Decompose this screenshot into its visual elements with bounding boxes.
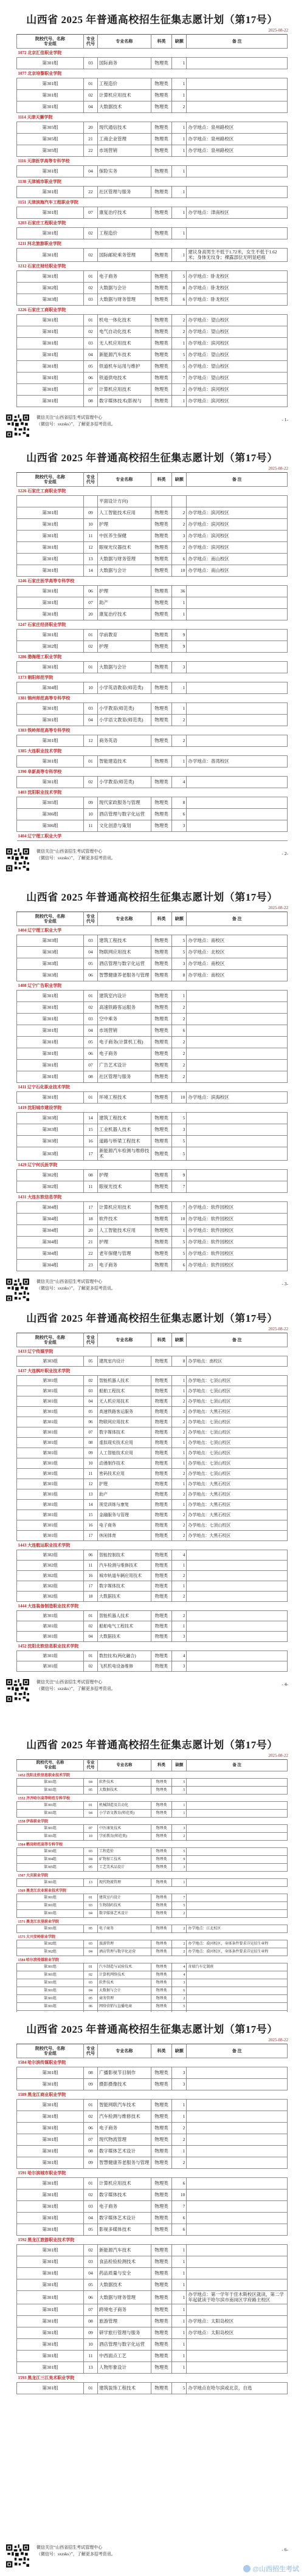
major-name-cell: 康复治疗技术 xyxy=(98,609,151,620)
note-cell xyxy=(187,641,288,653)
major-code-cell: 01 xyxy=(83,314,97,326)
quota-cell: 2 xyxy=(172,1925,187,1933)
group-cell: 第301组 xyxy=(17,703,84,715)
quota-cell: 1 xyxy=(172,58,187,69)
quota-cell: 2 xyxy=(172,1048,187,1060)
group-cell: 第304组 xyxy=(17,1213,84,1224)
note-cell xyxy=(187,2079,288,2090)
major-row: 第302组11汽车检测与维修技术物理类1 xyxy=(17,1561,288,1571)
page-3: 山西省 2025 年普通高校招生征集志愿计划（第17号） 2025-08-22 … xyxy=(0,880,304,1301)
school-row: 1381 锦州师范高等专科学校 xyxy=(17,694,288,703)
major-name-cell: 护理 xyxy=(98,641,151,653)
quota-cell: 2 xyxy=(172,1071,187,1083)
major-code-cell: 04 xyxy=(83,1779,97,1787)
major-code-cell: 02 xyxy=(83,326,97,337)
group-cell: 第301组 xyxy=(17,326,84,337)
category-cell: 物理类 xyxy=(151,542,172,554)
page-footer: 微信关注“山西省招生考试管理中心 （微信号：sxzsks）”，了解更多招考资讯。… xyxy=(6,848,288,871)
major-code-cell: 02 xyxy=(83,1661,97,1672)
note-cell: 办学地点：大黑石校区 xyxy=(187,1479,288,1489)
group-cell: 第301组 xyxy=(17,1438,84,1448)
major-name-cell: 智能网联汽车技术 xyxy=(98,2100,151,2111)
major-name-cell: 电子商务 xyxy=(98,1048,151,1060)
category-cell: 物理类 xyxy=(151,1520,172,1531)
major-row: 第302组02护理物理类9 xyxy=(17,641,288,653)
group-cell: 第301组 xyxy=(17,270,84,282)
major-name-cell: 酒店管理与数字化运营 xyxy=(98,809,151,820)
note-cell xyxy=(187,2213,288,2224)
category-cell: 物理类 xyxy=(151,1550,172,1561)
quota-cell: 1 xyxy=(172,228,187,239)
category-cell: 物理类 xyxy=(151,1661,172,1672)
major-code-cell: 18 xyxy=(83,1592,97,1602)
group-cell: 第301组 xyxy=(17,2003,84,2011)
major-name-cell: 平面设计方向) xyxy=(98,496,151,507)
page-number: - 1- xyxy=(282,414,288,422)
group-cell: 第301组 xyxy=(17,1787,84,1795)
major-name-cell: 商务管理 xyxy=(98,1995,151,2003)
major-code-cell: 06 xyxy=(83,372,97,383)
major-name-cell: 数控技术(两化融合) xyxy=(98,1651,151,1661)
major-code-cell: 02 xyxy=(83,2111,97,2123)
page-footer: 微信关注“山西省招生考试管理中心 （微信号：sxzsks）”，了解更多招考资讯。… xyxy=(6,1279,288,1301)
major-row: 第306组10酒店管理与数字化运营物理类6 xyxy=(17,809,288,820)
note-cell xyxy=(187,609,288,620)
category-cell: 物理类 xyxy=(151,2111,172,2123)
category-cell: 物理类 xyxy=(151,2178,172,2190)
note-cell xyxy=(187,1113,288,1124)
note-cell xyxy=(187,2338,288,2350)
group-cell: 第301组 xyxy=(17,1469,84,1479)
group-cell: 第301组 xyxy=(17,2100,84,2111)
school-row: 1592 黑龙江旅游职业技术学院 xyxy=(17,2236,288,2245)
category-cell: 物理类 xyxy=(151,715,172,726)
major-code-cell: 04 xyxy=(83,2268,97,2279)
major-row: 第301组04小学语文教育(师范类)物理类2 xyxy=(17,715,288,726)
major-row: 第301组02船舶电气工程技术物理类1 xyxy=(17,1621,288,1632)
major-row: 第301组02计算机网络技术物理类4 xyxy=(17,1971,288,1979)
category-cell: 物理类 xyxy=(151,294,172,305)
major-name-cell: 小学语文教育(师范类) xyxy=(98,715,151,726)
group-cell: 第301组 xyxy=(17,1833,84,1841)
header-quota: 缺额 xyxy=(172,473,187,487)
major-row: 第301组13现代物流管理物理类1 xyxy=(17,1879,288,1887)
major-name-cell: 商务英语 xyxy=(98,735,151,747)
category-cell: 物理类 xyxy=(151,101,172,113)
group-cell: 第301组 xyxy=(17,715,84,726)
major-name-cell: 研学旅行管理与服务 xyxy=(98,2327,151,2338)
group-cell: 第301组 xyxy=(17,58,84,69)
major-row: 第301组05大数据技术物理类5 xyxy=(17,1787,288,1795)
quota-cell: 1 xyxy=(172,134,187,145)
major-row: 第301组02汽车检测与维修技术物理类1 xyxy=(17,2111,288,2123)
major-name-cell: 无人机应用技术 xyxy=(98,1396,151,1407)
group-cell: 第301组 xyxy=(17,1651,84,1661)
major-code-cell: 11 xyxy=(83,1469,97,1479)
major-name-cell: 密码技术应用 xyxy=(98,1469,151,1479)
major-code-cell: 14 xyxy=(83,565,97,577)
major-name-cell: 大数据技术 xyxy=(98,101,151,113)
major-code-cell: 04 xyxy=(83,1987,97,1995)
group-cell: 第301组 xyxy=(17,2315,84,2327)
quota-cell: 1 xyxy=(172,991,187,1002)
group-cell: 第301组 xyxy=(17,314,84,326)
quota-cell: 5 xyxy=(172,1147,187,1161)
major-row: 第302组18大数据技术物理类2 xyxy=(17,1592,288,1602)
group-cell: 第303组 xyxy=(17,294,84,305)
major-row: 第301组01计算机应用技术物理类6 xyxy=(17,2178,288,2190)
quota-cell: 2 xyxy=(172,1571,187,1581)
major-name-cell: 动漫制作技术 xyxy=(98,1458,151,1469)
note-cell: 办学地点：南山校区 xyxy=(187,565,288,577)
major-name-cell: 眼视光仪器技术 xyxy=(98,542,151,554)
school-row: 1211 河北旅游职业学院 xyxy=(17,239,288,249)
group-cell: 第301组 xyxy=(17,1417,84,1427)
note-cell: 办学地点：七顶山校区 xyxy=(187,1386,288,1396)
group-cell: 第301组 xyxy=(17,1002,84,1014)
quota-cell: 3 xyxy=(172,662,187,673)
category-cell xyxy=(151,496,172,507)
major-code-cell: 03 xyxy=(83,2201,97,2213)
major-name-cell: 电子商务(计算机工程) xyxy=(98,1037,151,1048)
note-cell: 办学地点：太阳岛校区 xyxy=(187,2327,288,2338)
watermark-text: @山西招生考试 xyxy=(252,2564,299,2574)
category-cell: 物理类 xyxy=(151,1136,172,1147)
note-cell xyxy=(187,597,288,609)
major-name-cell: 食品检验检测技术 xyxy=(98,2256,151,2268)
quota-cell: 2 xyxy=(172,1910,187,1918)
group-cell: 第301组 xyxy=(17,1448,84,1458)
header-quota: 缺额 xyxy=(172,1333,187,1347)
note-cell: 办学地点：七顶山校区 xyxy=(187,1520,288,1531)
category-cell: 物理类 xyxy=(151,1438,172,1448)
major-name-cell: 现代通信技术 xyxy=(98,122,151,134)
category-cell: 物理类 xyxy=(151,565,172,577)
page-1: 山西省 2025 年普通高校招生征集志愿计划（第17号） 2025-08-22 … xyxy=(0,0,304,441)
category-cell: 物理类 xyxy=(151,2003,172,2011)
plan-table: 院校代号、名称专业组 专业代号 专业名称 科类 缺额 备 注 1433 辽宁传媒… xyxy=(16,1333,288,1672)
group-cell: 第302组 xyxy=(17,1948,84,1956)
group-cell: 第304组 xyxy=(17,1236,84,1248)
note-cell: 办学地点：普湾校区 xyxy=(187,756,288,768)
major-row: 第301组01智能网联汽车技术物理类1 xyxy=(17,2100,288,2111)
page-number: - 4- xyxy=(282,1679,288,1687)
page-title: 山西省 2025 年普通高校招生征集志愿计划（第17号） xyxy=(6,449,298,464)
note-cell xyxy=(187,1802,288,1810)
major-name-cell: 数字媒体技术 xyxy=(98,2190,151,2201)
note-cell xyxy=(187,1910,288,1918)
group-cell: 第301组 xyxy=(17,2256,84,2268)
major-name-cell: 铁道机车运用与维护 xyxy=(98,360,151,372)
quota-cell: 4 xyxy=(172,777,187,788)
group-cell: 第301组 xyxy=(17,2157,84,2169)
major-name-cell: 文化创意与策划 xyxy=(98,820,151,832)
quota-cell: 1 xyxy=(172,1581,187,1592)
major-name-cell: 老年保健与管理 xyxy=(98,1248,151,1259)
note-cell: 办学地点：七顶山校区 xyxy=(187,1448,288,1458)
quota-cell: 2 xyxy=(172,735,187,747)
major-code-cell: 10 xyxy=(83,682,97,694)
quota-cell: 7 xyxy=(172,372,187,383)
note-cell xyxy=(187,228,288,239)
quota-cell: 1 xyxy=(172,1810,187,1818)
school-name: 1452 沈阳北软信息职业技术学院 xyxy=(17,1642,288,1651)
category-cell: 物理类 xyxy=(151,2190,172,2201)
header-note: 备 注 xyxy=(187,473,288,487)
category-cell: 物理类 xyxy=(151,2146,172,2157)
major-code-cell: 12 xyxy=(83,735,97,747)
quota-cell: 8 xyxy=(172,797,187,809)
quota-cell: 1 xyxy=(172,2279,187,2291)
header-category: 科类 xyxy=(151,35,172,49)
group-cell: 第305组 xyxy=(17,134,84,145)
major-name-cell: 国际邮轮乘务管理 xyxy=(98,249,151,262)
group-cell: 第301组 xyxy=(17,1025,84,1037)
note-cell xyxy=(187,1025,288,1037)
group-cell: 第301组 xyxy=(17,1995,84,2003)
major-name-cell: 建筑室内设计 xyxy=(98,991,151,1002)
major-code-cell: 04 xyxy=(83,2213,97,2224)
major-code-cell: 16 xyxy=(83,1571,97,1581)
major-row: 第301组06铁道供电技术物理类7办学地点：望山校区 xyxy=(17,372,288,383)
major-name-cell: 保险实务 xyxy=(98,166,151,177)
major-row: 第301组10护理物理类2办学地点：滨河校区 xyxy=(17,519,288,531)
quota-cell: 3 xyxy=(172,531,187,542)
category-cell: 物理类 xyxy=(151,349,172,360)
major-name-cell: 学前教育 xyxy=(98,630,151,641)
major-row: 第301组01建筑室内设计物理类7 xyxy=(17,1894,288,1902)
page-number: - 3- xyxy=(282,1279,288,1286)
group-cell: 第301组 xyxy=(17,1971,84,1979)
note-cell: 办学地点：七顶山校区 xyxy=(187,1469,288,1479)
page-title: 山西省 2025 年普通高校招生征集志愿计划（第17号） xyxy=(6,1736,298,1751)
school-row: 1151 天津滨海汽车工程职业学院 xyxy=(17,198,288,207)
category-cell: 物理类 xyxy=(151,970,172,981)
major-code-cell: 01 xyxy=(83,2100,97,2111)
group-cell: 第301组 xyxy=(17,1520,84,1531)
quota-cell: 1 xyxy=(172,337,187,349)
school-name: 1433 辽宁传媒学院 xyxy=(17,1347,288,1356)
category-cell: 物理类 xyxy=(151,1071,172,1083)
major-row: 第304组21护理物理类5办学地点：软件园校区 xyxy=(17,1236,288,1248)
note-cell: 办学地点：望山校区 xyxy=(187,314,288,326)
note-cell: 办学地点：七顶山校区 xyxy=(187,1427,288,1438)
school-row: 1114 天津天狮学院 xyxy=(17,113,288,122)
major-row: 第301组03食品检验检测技术物理类1 xyxy=(17,2256,288,2268)
group-cell: 第301组 xyxy=(17,166,84,177)
category-cell: 物理类 xyxy=(151,1014,172,1025)
major-code-cell: 21 xyxy=(83,1236,97,1248)
group-cell: 第301组 xyxy=(17,1458,84,1469)
major-name-cell: 建筑装饰工程技术 xyxy=(98,2382,151,2394)
major-code-cell: 07 xyxy=(83,207,97,219)
major-code-cell: 22 xyxy=(83,145,97,157)
major-name-cell: 电子商务 xyxy=(98,2201,151,2213)
group-cell: 第301组 xyxy=(17,554,84,565)
category-cell: 物理类 xyxy=(151,682,172,694)
major-code-cell: 07 xyxy=(83,1825,97,1833)
quota-cell: 1 xyxy=(172,2245,187,2256)
major-name-cell: 人工智能技术应用 xyxy=(98,1448,151,1458)
major-code-cell: 20 xyxy=(83,609,97,620)
note-cell xyxy=(187,2123,288,2134)
major-row: 第301组06大数据与财务管理物理类1办学地点：第一学年于佳木斯校区就读，第二学… xyxy=(17,2291,288,2304)
category-cell: 物理类 xyxy=(151,1571,172,1581)
footer-text: 微信关注“山西省招生考试管理中心 （微信号：sxzsks）”，了解更多招考资讯。 xyxy=(36,414,116,428)
group-cell: 第301组 xyxy=(17,1037,84,1048)
school-name: 1408 辽宁广告职业学院 xyxy=(17,981,288,991)
major-code-cell: 05 xyxy=(83,1864,97,1872)
category-cell: 物理类 xyxy=(151,609,172,620)
major-code-cell: 02 xyxy=(83,2245,97,2256)
note-cell xyxy=(187,2003,288,2011)
category-cell: 物理类 xyxy=(151,1592,172,1602)
category-cell: 物理类 xyxy=(151,1025,172,1037)
major-code-cell: 01 xyxy=(83,2382,97,2394)
major-code-cell: 03 xyxy=(83,703,97,715)
quota-cell: 4 xyxy=(172,1963,187,1971)
page-date: 2025-08-22 xyxy=(0,466,288,471)
major-name-cell: 电子商务 xyxy=(98,1520,151,1531)
major-row: 第301组05影视多媒体技术物理类6 xyxy=(17,2224,288,2236)
major-name-cell: 新能源汽车技术 xyxy=(98,349,151,360)
major-code-cell xyxy=(83,496,97,507)
quota-cell: 7 xyxy=(172,2201,187,2213)
note-cell: 办学地点：大黑石校区 xyxy=(187,1531,288,1541)
note-cell xyxy=(187,809,288,820)
school-name: 1072 北京汇佳职业学院 xyxy=(17,49,288,58)
note-cell xyxy=(187,1787,288,1795)
major-name-cell: 现代物流管理 xyxy=(98,1879,151,1887)
note-cell: 办学地点：七顶山校区 xyxy=(187,1417,288,1427)
major-name-cell: 智慧健康养老服务与管理 xyxy=(98,970,151,981)
quota-cell: 2 xyxy=(172,507,187,519)
major-row: 第301组04小学语文教育(师范类)物理类1 xyxy=(17,1810,288,1818)
school-name: 1373 朝阳师范学院 xyxy=(17,673,288,682)
group-cell: 第301组 xyxy=(17,1510,84,1520)
note-cell xyxy=(187,662,288,673)
major-row: 第302组16城市轨道车辆应用技术物理类2 xyxy=(17,1571,288,1581)
major-row: 第304组20人工智能技术应用物理类1办学地点：软件园校区 xyxy=(17,1224,288,1236)
major-row: 第301组02新能源汽车技术物理类1 xyxy=(17,2245,288,2256)
category-cell: 物理类 xyxy=(151,1124,172,1136)
note-cell xyxy=(187,1136,288,1147)
note-cell xyxy=(187,1632,288,1642)
group-cell: 第301组 xyxy=(17,1489,84,1500)
major-name-cell: 电气自动化技术 xyxy=(98,326,151,337)
quota-cell: 1 xyxy=(172,2146,187,2157)
school-name: 1390 阜新高等专科学校 xyxy=(17,768,288,777)
note-cell xyxy=(187,1124,288,1136)
major-name-cell: 护理 xyxy=(98,519,151,531)
school-row: 1571 黑龙江农垦职业学院 xyxy=(17,1918,288,1925)
major-row: 第301组16电子商务物理类2办学地点：七顶山校区 xyxy=(17,1520,288,1531)
major-name-cell: 金融服务与管理 xyxy=(98,1510,151,1520)
category-cell: 物理类 xyxy=(151,1621,172,1632)
note-cell: 办学地点：软件园校区 xyxy=(187,1213,288,1224)
note-cell xyxy=(187,1621,288,1632)
page-number: - 6- xyxy=(282,2544,288,2552)
page-6: 山西省 2025 年普通高校招生征集志愿计划（第17号） 2025-08-22 … xyxy=(0,2012,304,2576)
school-name: 1286 渤海理工职业学院 xyxy=(17,653,288,662)
header-major-name: 专业名称 xyxy=(98,912,151,926)
header-note: 备 注 xyxy=(187,912,288,926)
major-code-cell: 13 xyxy=(83,2361,97,2373)
major-code-cell: 09 xyxy=(83,2327,97,2338)
quota-cell: 2 xyxy=(172,1427,187,1438)
header-major-name: 专业名称 xyxy=(98,35,151,49)
group-cell: 第301组 xyxy=(17,1531,84,1541)
major-name-cell: 计算机应用技术 xyxy=(98,2178,151,2190)
school-row: 1569 黑龙江农业职业技术学院 xyxy=(17,1887,288,1894)
major-code-cell: 08 xyxy=(83,2315,97,2327)
major-name-cell: 小学英语教育(师范类) xyxy=(98,682,151,694)
major-code-cell: 02 xyxy=(83,1002,97,1014)
group-cell: 第301组 xyxy=(17,565,84,577)
major-name-cell: 旅游管理 xyxy=(98,2315,151,2327)
note-cell: 建议身高男生不低于1.72米，女生不低于1.62米；身体无纹身；裸露部位无明显疤… xyxy=(187,249,288,262)
major-name-cell: 大数据与会计 xyxy=(98,565,151,577)
major-code-cell: 03 xyxy=(83,1848,97,1856)
category-cell: 物理类 xyxy=(151,1810,172,1818)
major-name-cell: 汽车检测与维修技术 xyxy=(98,1561,151,1571)
major-code-cell: 01 xyxy=(83,1611,97,1621)
major-row: 第301组08虚拟现实技术应用物理类1办学地点：七顶山校区 xyxy=(17,1438,288,1448)
note-cell: 办学地点：第一学年于佳木斯校区就读，第二学年起就读于哈尔滨市南岗区学府路主校区 xyxy=(187,2291,288,2304)
note-cell xyxy=(187,2268,288,2279)
school-row: 1564 鹤岗师范高等专科学校 xyxy=(17,1841,288,1848)
school-name: 1443 大连航运职业技术学院 xyxy=(17,1541,288,1550)
major-name-cell: 大数据与财务管理 xyxy=(98,2291,151,2304)
watermark-logo-icon xyxy=(243,2565,250,2572)
category-cell: 物理类 xyxy=(151,249,172,262)
school-row: 1558 伊春职业学院 xyxy=(17,1818,288,1825)
major-code-cell: 05 xyxy=(83,1407,97,1417)
quota-cell: 1 xyxy=(172,166,187,177)
group-cell: 第301组 xyxy=(17,630,84,641)
major-row: 第301组05大数据技术物理类1 xyxy=(17,2279,288,2291)
school-name: 1589 黑龙江商业职业学院 xyxy=(17,2090,288,2100)
major-row: 第301组09人工智能技术应用物理类2办学地点：滨河校区 xyxy=(17,507,288,519)
quota-cell: 1 xyxy=(172,597,187,609)
category-cell: 物理类 xyxy=(151,1248,172,1259)
major-code-cell: 03 xyxy=(83,1940,97,1948)
major-code-cell: 12 xyxy=(83,1479,97,1489)
quota-cell: 1 xyxy=(172,1376,187,1386)
school-name: 1429 辽宁何氏医学院 xyxy=(17,1160,288,1169)
major-row: 第303组05建筑室内设计物理类8办学地点：南校区 xyxy=(17,1356,288,1367)
major-code-cell: 03 xyxy=(83,1902,97,1910)
major-row: 第301组02飞机机电设备维修物理类3 xyxy=(17,1661,288,1672)
note-cell xyxy=(187,2361,288,2373)
school-row: 1584 哈尔滨传媒职业学院 xyxy=(17,1956,288,1963)
school-row: 1593 黑龙江三江美术职业学院 xyxy=(17,2373,288,2382)
major-code-cell: 01 xyxy=(83,630,97,641)
category-cell: 物理类 xyxy=(151,1458,172,1469)
note-cell xyxy=(187,820,288,832)
note-cell xyxy=(187,1979,288,1987)
school-name: 1564 鹤岗师范高等专科学校 xyxy=(17,1841,288,1848)
footer-text: 微信关注“山西省招生考试管理中心 （微信号：sxzsks）”，了解更多招考资讯。 xyxy=(36,1679,116,1692)
school-row: 1411 辽宁石化职业技术学院 xyxy=(17,1083,288,1092)
category-cell: 物理类 xyxy=(151,1259,172,1271)
major-code-cell: 02 xyxy=(83,2190,97,2201)
note-cell: 办学地点：望山校区 xyxy=(187,360,288,372)
major-code-cell: 03 xyxy=(83,1014,97,1025)
note-cell xyxy=(187,2157,288,2169)
note-cell: 办学地点：滨河校区 xyxy=(187,542,288,554)
school-row: 1383 铁岭师范高等专科学校 xyxy=(17,726,288,735)
